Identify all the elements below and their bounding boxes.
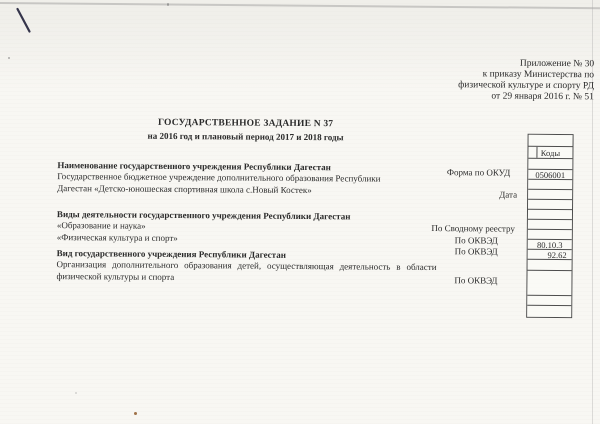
section-institution-type: Вид государственного учреждения Республи…: [56, 248, 436, 285]
codes-cell-empty: [529, 135, 573, 146]
label-okved-1: По ОКВЭД: [390, 235, 498, 246]
codes-table: Коды 0506001 80.10.3 92.62: [526, 134, 573, 318]
okved-code-cell-1: 80.10.3: [528, 239, 572, 249]
label-registry: По Сводному реестру: [390, 223, 515, 234]
date-cell: [528, 189, 572, 199]
codes-cell-empty: [528, 219, 572, 229]
codes-cell-empty: [528, 259, 572, 270]
document-title-block: ГОСУДАРСТВЕННОЕ ЗАДАНИЕ N 37 на 2016 год…: [46, 116, 446, 144]
codes-header-cell: Коды: [528, 146, 572, 158]
codes-cell-empty: [528, 179, 572, 189]
document-content: Приложение № 30 к приказу Министерства п…: [0, 0, 600, 424]
okved-code-cell-3: [527, 270, 571, 295]
appendix-line: физической культуре и спорту РД: [458, 80, 594, 92]
okud-code-cell: 0506001: [528, 169, 572, 179]
section-activity-kinds: Виды деятельности государственного учреж…: [57, 209, 351, 246]
codes-cell-empty: [528, 158, 572, 169]
codes-cell-empty: [528, 199, 572, 209]
section-institution-name: Наименование государственного учреждения…: [57, 160, 381, 197]
label-okved-3: По ОКВЭД: [389, 275, 497, 286]
codes-cell-empty: [527, 295, 571, 305]
document-subtitle: на 2016 год и плановый период 2017 и 201…: [46, 128, 446, 144]
codes-cell-empty: [528, 209, 572, 219]
label-date: Дата: [420, 189, 517, 200]
okved-code-cell-2: 92.62: [528, 249, 572, 259]
codes-cell-empty: [527, 305, 571, 317]
appendix-note: Приложение № 30 к приказу Министерства п…: [458, 58, 594, 103]
appendix-line: от 29 января 2016 г. № 51: [458, 91, 594, 103]
scanned-page: Приложение № 30 к приказу Министерства п…: [0, 0, 600, 424]
label-okud-form: Форма по ОКУД: [390, 167, 510, 178]
registry-cell: [528, 229, 572, 239]
label-okved-2: По ОКВЭД: [390, 246, 498, 257]
activity-item: «Физическая культура и спорт»: [57, 232, 351, 246]
